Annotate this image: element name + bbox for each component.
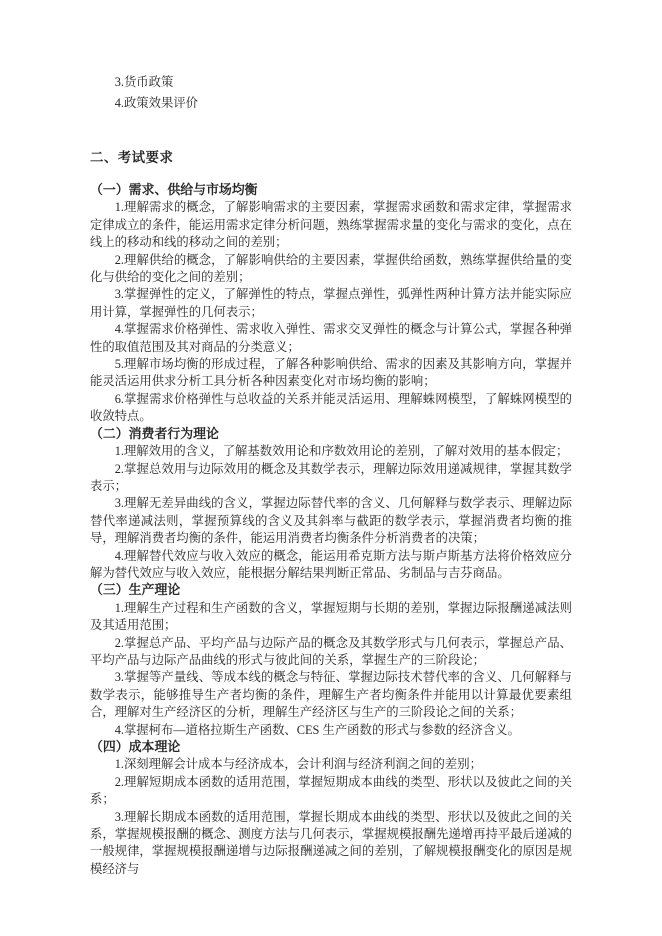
document-body: （一）需求、供给与市场均衡 1.理解需求的概念，了解影响需求的主要因素，掌握需求… — [90, 182, 572, 878]
paragraph: 2.理解短期成本函数的适用范围，掌握短期成本曲线的类型、形状以及彼此之间的关系； — [90, 774, 572, 809]
paragraph: 1.理解生产过程和生产函数的含义，掌握短期与长期的差别，掌握边际报酬递减法则及其… — [90, 600, 572, 635]
paragraph: 4.理解替代效应与收入效应的概念，能运用希克斯方法与斯卢斯基方法将价格效应分解为… — [90, 548, 572, 583]
section-heading-1: （一）需求、供给与市场均衡 — [90, 182, 572, 199]
list-item: 3.货币政策 — [90, 72, 572, 93]
paragraph: 3.理解长期成本函数的适用范围，掌握长期成本曲线的类型、形状以及彼此之间的关系，… — [90, 809, 572, 879]
main-heading: 二、考试要求 — [90, 148, 572, 168]
paragraph: 3.掌握弹性的定义，了解弹性的特点，掌握点弹性，弧弹性两种计算方法并能实际应用计… — [90, 286, 572, 321]
section-heading-4: （四）成本理论 — [90, 739, 572, 756]
paragraph: 2.掌握总产品、平均产品与边际产品的概念及其数学形式与几何表示，掌握总产品、平均… — [90, 635, 572, 670]
document-content: 3.货币政策 4.政策效果评价 二、考试要求 （一）需求、供给与市场均衡 1.理… — [0, 0, 662, 878]
paragraph: 2.理解供给的概念，了解影响供给的主要因素，掌握供给函数，熟练掌握供给量的变化与… — [90, 252, 572, 287]
paragraph: 3.掌握等产量线、等成本线的概念与特征、掌握边际技术替代率的含义、几何解释与数学… — [90, 669, 572, 721]
paragraph: 5.理解市场均衡的形成过程，了解各种影响供给、需求的因素及其影响方向，掌握并能灵… — [90, 356, 572, 391]
paragraph: 1.理解效用的含义，了解基数效用论和序数效用论的差别，了解对效用的基本假定； — [90, 443, 572, 460]
section-heading-2: （二）消费者行为理论 — [90, 426, 572, 443]
section-heading-3: （三）生产理论 — [90, 582, 572, 599]
paragraph: 6.掌握需求价格弹性与总收益的关系并能灵活运用、理解蛛网模型，了解蛛网模型的收敛… — [90, 391, 572, 426]
paragraph: 4.掌握柯布—道格拉斯生产函数、CES 生产函数的形式与参数的经济含义。 — [90, 722, 572, 739]
list-item: 4.政策效果评价 — [90, 93, 572, 114]
paragraph: 2.掌握总效用与边际效用的概念及其数学表示，理解边际效用递减规律，掌握其数学表示… — [90, 461, 572, 496]
paragraph: 1.理解需求的概念，了解影响需求的主要因素，掌握需求函数和需求定律，掌握需求定律… — [90, 199, 572, 251]
paragraph: 3.理解无差异曲线的含义，掌握边际替代率的含义、几何解释与数学表示、理解边际替代… — [90, 495, 572, 547]
document-page: 3.货币政策 4.政策效果评价 二、考试要求 （一）需求、供给与市场均衡 1.理… — [0, 0, 662, 936]
paragraph: 4.掌握需求价格弹性、需求收入弹性、需求交叉弹性的概念与计算公式，掌握各种弹性的… — [90, 321, 572, 356]
paragraph: 1.深刻理解会计成本与经济成本，会计利润与经济利润之间的差别； — [90, 756, 572, 773]
